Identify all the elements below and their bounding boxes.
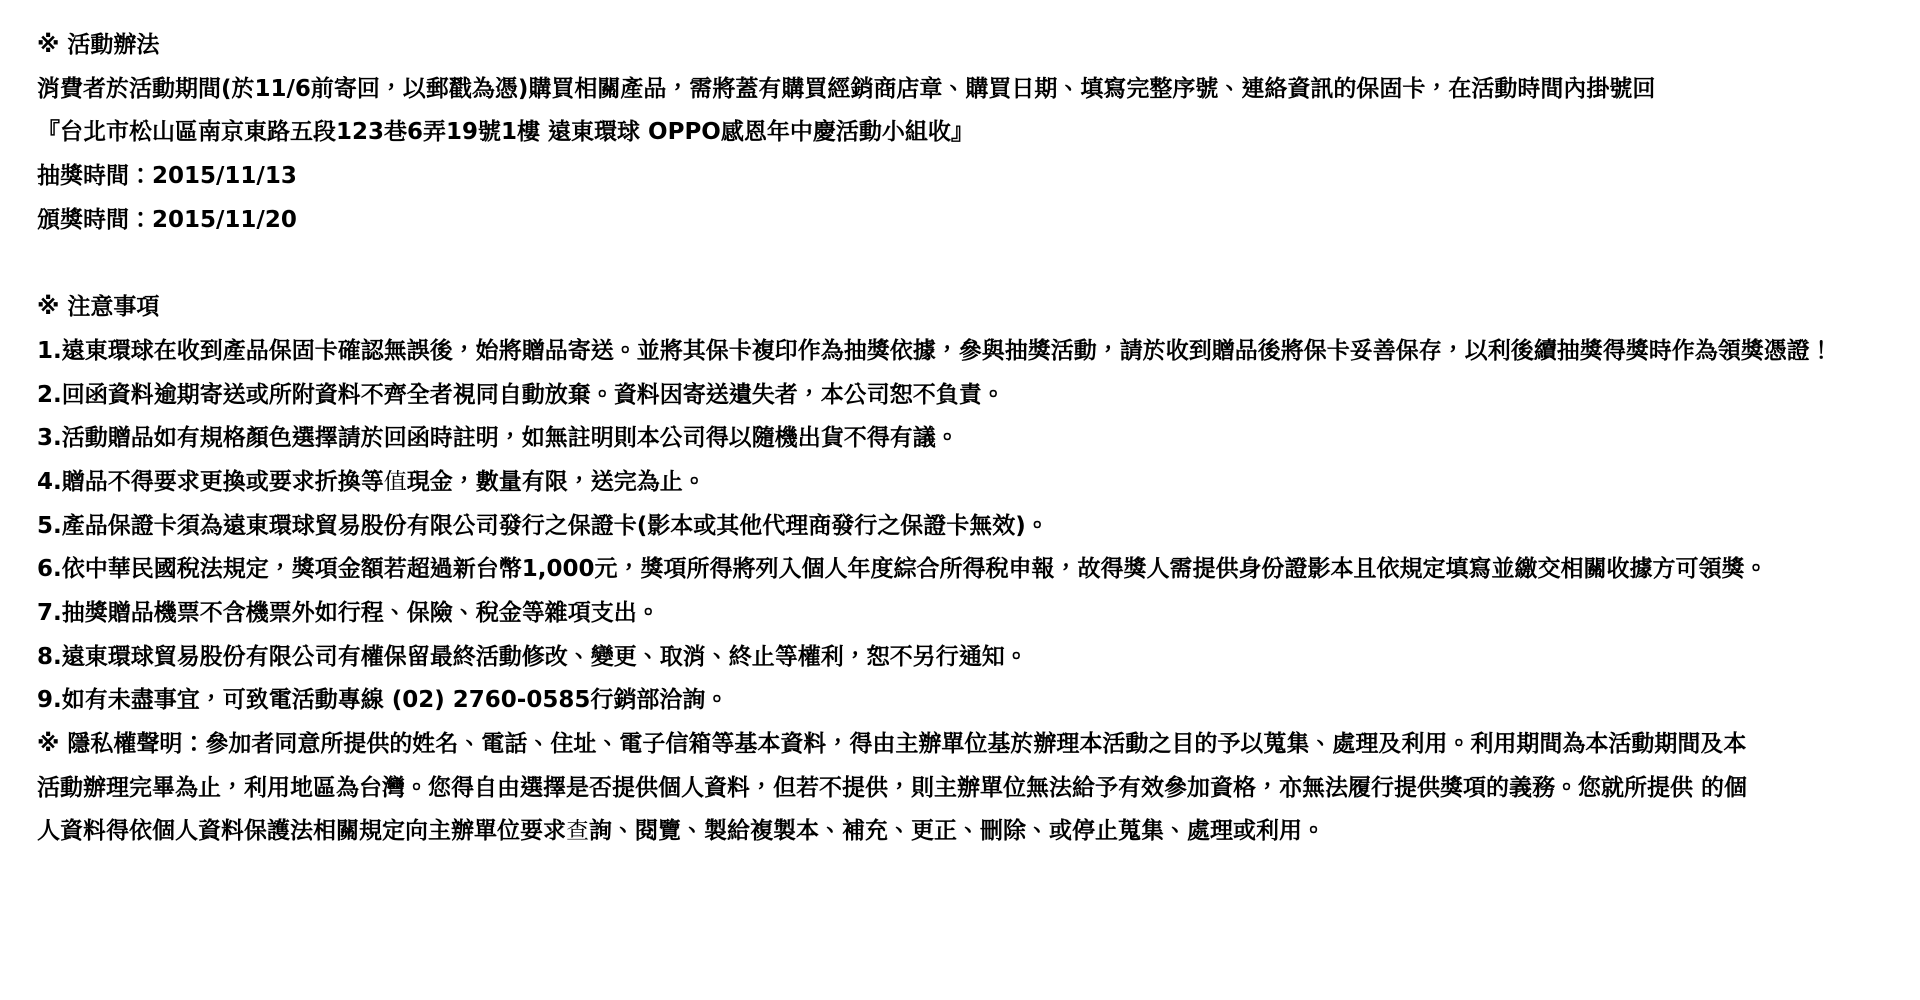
fallback-glyph: 值 [384, 469, 407, 495]
text-line: 7.抽獎贈品機票不含機票外如行程、保險、稅金等雜項支出。 [37, 592, 1900, 636]
text-line: 活動辦理完畢為止，利用地區為台灣。您得自由選擇是否提供個人資料，但若不提供，則主… [37, 767, 1900, 811]
text-line: 人資料得依個人資料保護法相關規定向主辦單位要求查詢、閱覽、製給複製本、補充、更正… [37, 810, 1900, 854]
text-line: 9.如有未盡事宜，可致電活動專線 (02) 2760-0585行銷部洽詢。 [37, 679, 1900, 723]
text-line: 6.依中華民國稅法規定，獎項金額若超過新台幣1,000元，獎項所得將列入個人年度… [37, 548, 1900, 592]
section-heading-activity-rules: ※ 活動辦法 [37, 24, 1900, 68]
sections-root: ※ 活動辦法消費者於活動期間(於11/6前寄回，以郵戳為憑)購買相關產品，需將蓋… [37, 24, 1900, 854]
text-line: 5.產品保證卡須為遠東環球貿易股份有限公司發行之保證卡(影本或其他代理商發行之保… [37, 505, 1900, 549]
text-line: 3.活動贈品如有規格顏色選擇請於回函時註明，如無註明則本公司得以隨機出貨不得有議… [37, 417, 1900, 461]
text-line: 4.贈品不得要求更換或要求折換等值現金，數量有限，送完為止。 [37, 461, 1900, 505]
section-privacy: ※ 隱私權聲明：參加者同意所提供的姓名、電話、住址、電子信箱等基本資料，得由主辦… [37, 723, 1900, 854]
section-activity-rules: ※ 活動辦法消費者於活動期間(於11/6前寄回，以郵戳為憑)購買相關產品，需將蓋… [37, 24, 1900, 242]
text-line: 消費者於活動期間(於11/6前寄回，以郵戳為憑)購買相關產品，需將蓋有購買經銷商… [37, 68, 1900, 112]
text-line: 抽獎時間：2015/11/13 [37, 155, 1900, 199]
section-notes: ※ 注意事項1.遠東環球在收到產品保固卡確認無誤後，始將贈品寄送。並將其保卡複印… [37, 286, 1900, 723]
text-line: 2.回函資料逾期寄送或所附資料不齊全者視同自動放棄。資料因寄送遺失者，本公司恕不… [37, 374, 1900, 418]
text-line: 『台北市松山區南京東路五段123巷6弄19號1樓 遠東環球 OPPO感恩年中慶活… [37, 111, 1900, 155]
section-heading-notes: ※ 注意事項 [37, 286, 1900, 330]
text-line: 8.遠東環球貿易股份有限公司有權保留最終活動修改、變更、取消、終止等權利，恕不另… [37, 636, 1900, 680]
text-line: 頒獎時間：2015/11/20 [37, 199, 1900, 243]
text-line: ※ 隱私權聲明：參加者同意所提供的姓名、電話、住址、電子信箱等基本資料，得由主辦… [37, 723, 1900, 767]
fallback-glyph: 查 [566, 818, 589, 844]
terms-document: ※ 活動辦法消費者於活動期間(於11/6前寄回，以郵戳為憑)購買相關產品，需將蓋… [37, 24, 1900, 854]
text-line: 1.遠東環球在收到產品保固卡確認無誤後，始將贈品寄送。並將其保卡複印作為抽獎依據… [37, 330, 1900, 374]
